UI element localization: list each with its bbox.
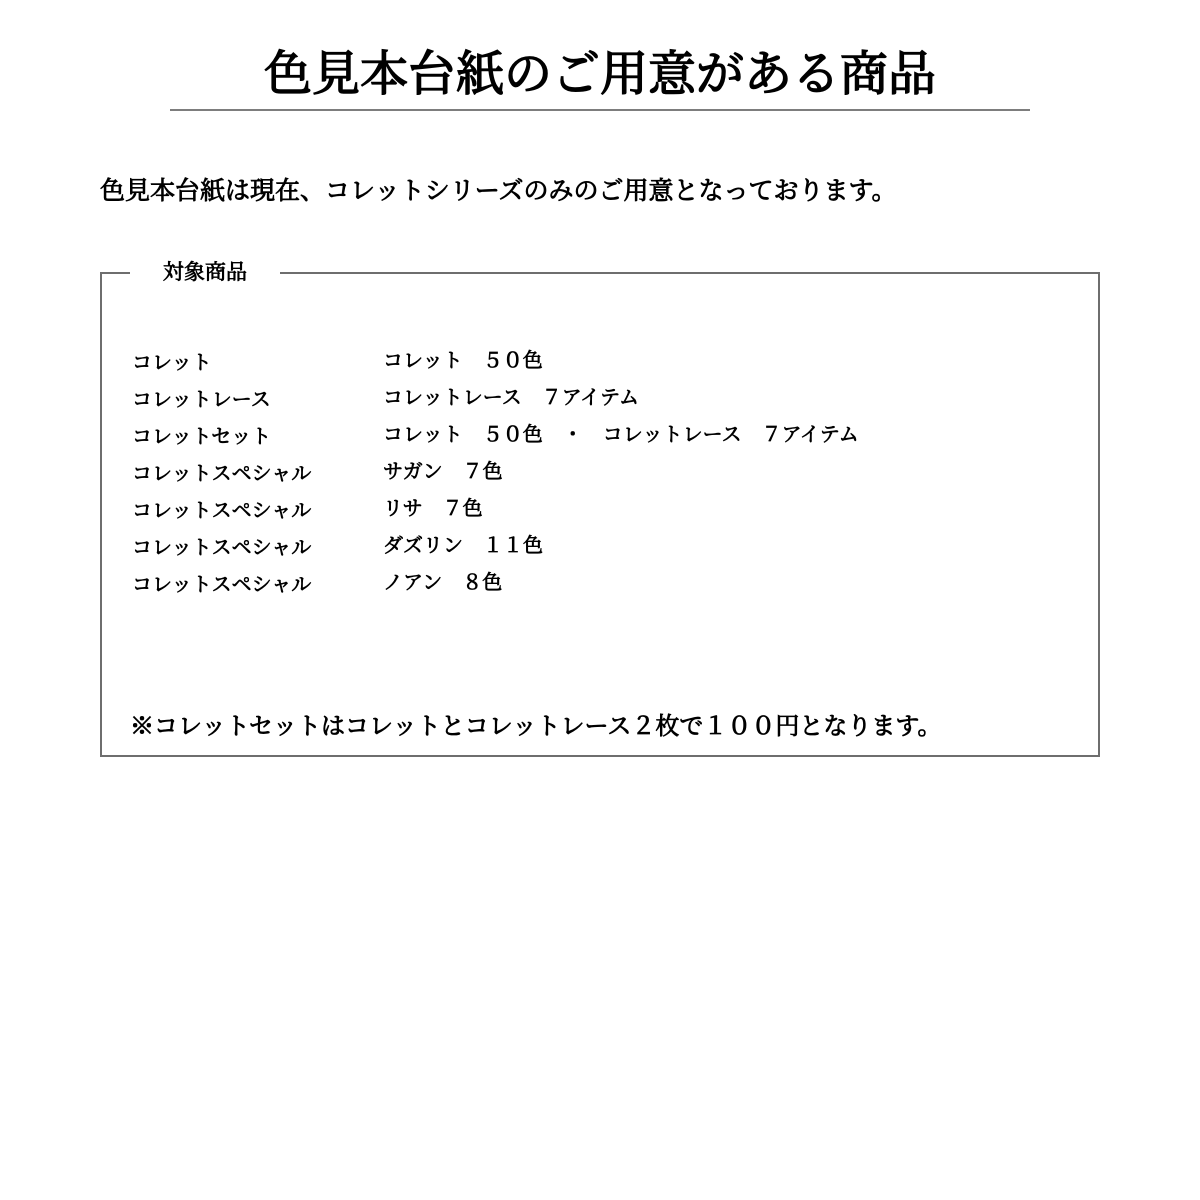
product-detail: ダズリン １１色 xyxy=(383,529,543,558)
product-list: コレット コレット ５０色 コレットレース コレットレース ７アイテム コレット… xyxy=(102,342,1098,601)
product-row: コレットスペシャル ノアン ８色 xyxy=(132,564,1098,601)
product-detail: コレット ５０色 ・ コレットレース ７アイテム xyxy=(383,418,859,447)
product-detail: コレットレース ７アイテム xyxy=(383,381,639,410)
product-row: コレットレース コレットレース ７アイテム xyxy=(132,379,1098,416)
product-series-name: コレットセット xyxy=(132,420,383,449)
product-series-name: コレットスペシャル xyxy=(132,568,383,597)
product-series-name: コレット xyxy=(132,346,383,375)
product-series-name: コレットレース xyxy=(132,383,383,412)
product-series-name: コレットスペシャル xyxy=(132,531,383,560)
product-detail: コレット ５０色 xyxy=(383,344,543,373)
product-row: コレットスペシャル リサ ７色 xyxy=(132,490,1098,527)
page-header: 色見本台紙のご用意がある商品 xyxy=(170,50,1030,111)
note-text: ※コレットセットはコレットとコレットレース２枚で１００円となります。 xyxy=(130,712,941,742)
intro-text: 色見本台紙は現在、コレットシリーズのみのご用意となっております。 xyxy=(100,177,1200,205)
product-row: コレット コレット ５０色 xyxy=(132,342,1098,379)
product-row: コレットスペシャル サガン ７色 xyxy=(132,453,1098,490)
target-products-legend: 対象商品 xyxy=(130,260,280,286)
product-series-name: コレットスペシャル xyxy=(132,457,383,486)
page-title: 色見本台紙のご用意がある商品 xyxy=(170,50,1030,100)
product-detail: サガン ７色 xyxy=(383,455,503,484)
product-row: コレットセット コレット ５０色 ・ コレットレース ７アイテム xyxy=(132,416,1098,453)
product-series-name: コレットスペシャル xyxy=(132,494,383,523)
product-row: コレットスペシャル ダズリン １１色 xyxy=(132,527,1098,564)
target-products-box: 対象商品 コレット コレット ５０色 コレットレース コレットレース ７アイテム… xyxy=(100,272,1100,757)
product-detail: リサ ７色 xyxy=(383,492,483,521)
product-detail: ノアン ８色 xyxy=(383,566,502,595)
